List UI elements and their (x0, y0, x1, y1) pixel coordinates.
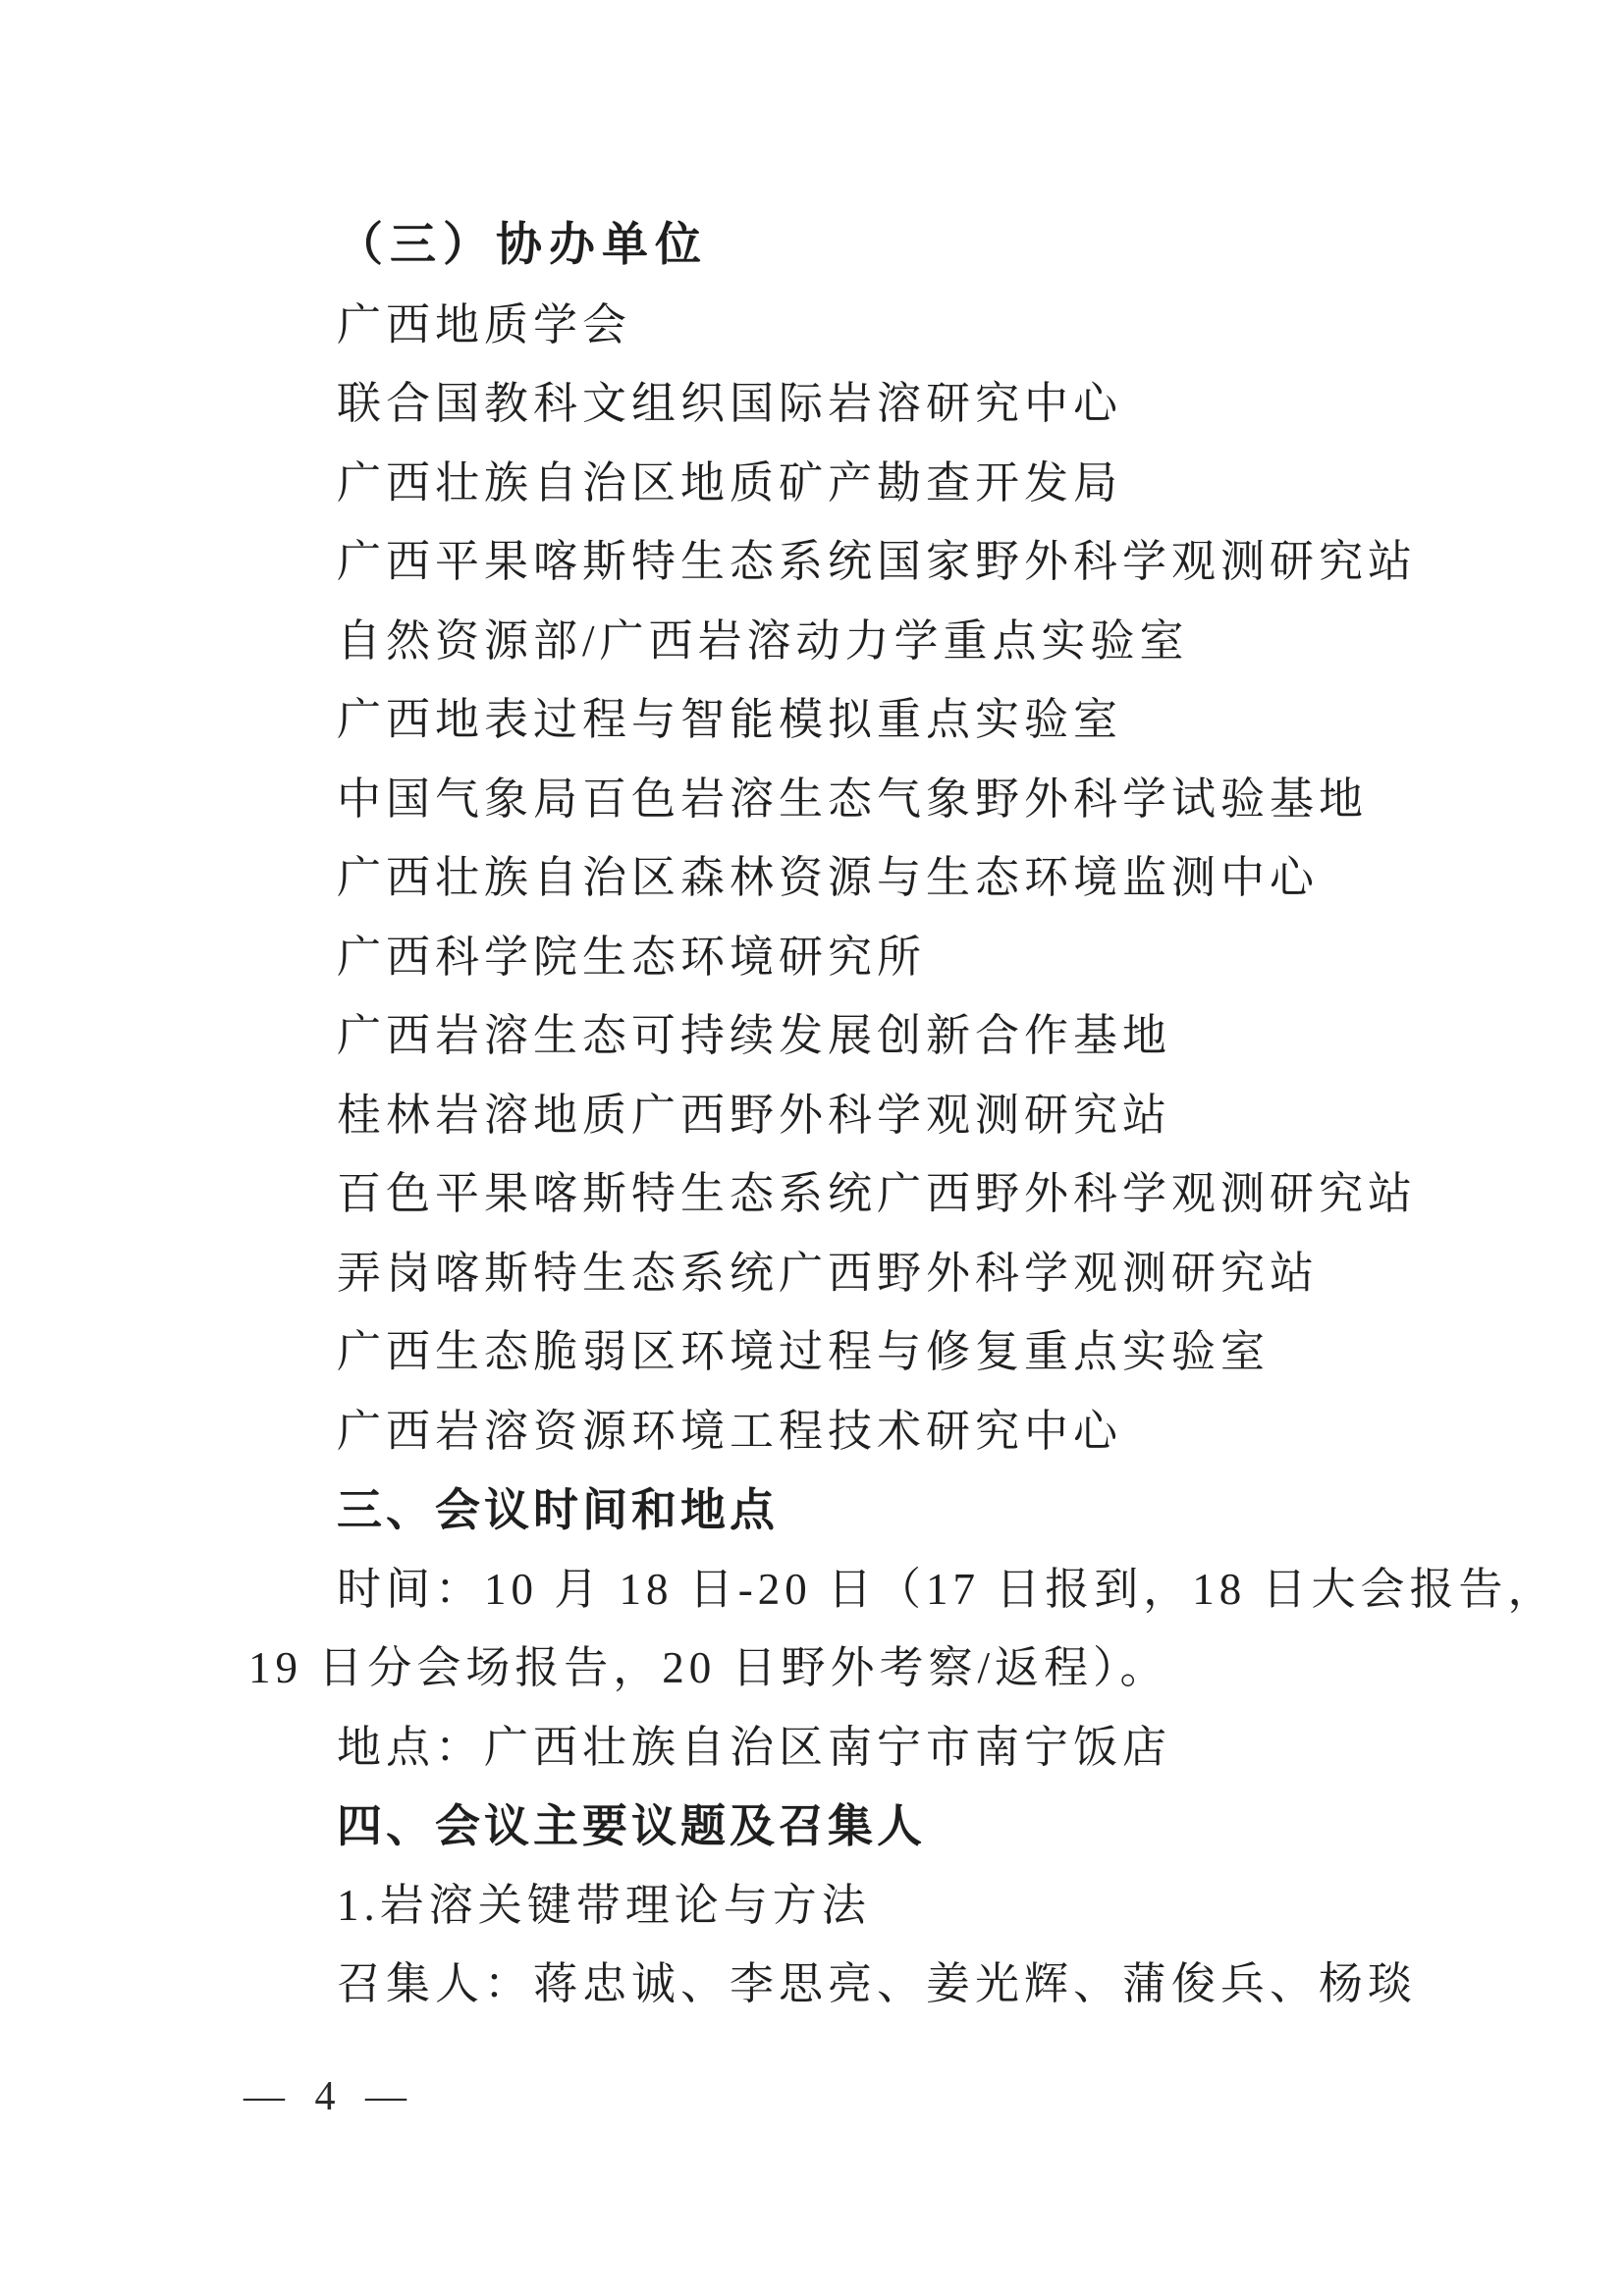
section-heading-topics: 四、会议主要议题及召集人 (248, 1787, 1471, 1866)
section-heading-coorganizers: （三）协办单位 (248, 206, 1471, 286)
meeting-time-line-2: 19 日分会场报告，20 日野外考察/返程）。 (248, 1629, 1471, 1708)
coorganizer-item: 广西壮族自治区地质矿产勘查开发局 (248, 444, 1471, 523)
topic-item-1: 1.岩溶关键带理论与方法 (248, 1866, 1471, 1946)
coorganizer-item: 广西科学院生态环境研究所 (248, 918, 1471, 997)
coorganizer-item: 广西地表过程与智能模拟重点实验室 (248, 680, 1471, 760)
coorganizer-item: 广西生态脆弱区环境过程与修复重点实验室 (248, 1312, 1471, 1392)
coorganizer-item: 广西岩溶生态可持续发展创新合作基地 (248, 996, 1471, 1076)
coorganizer-item: 联合国教科文组织国际岩溶研究中心 (248, 364, 1471, 444)
coorganizer-item: 桂林岩溶地质广西野外科学观测研究站 (248, 1076, 1471, 1155)
coorganizer-item: 广西岩溶资源环境工程技术研究中心 (248, 1392, 1471, 1471)
coorganizer-item: 弄岗喀斯特生态系统广西野外科学观测研究站 (248, 1234, 1471, 1313)
meeting-time-line-1: 时间：10 月 18 日-20 日（17 日报到，18 日大会报告， (248, 1550, 1471, 1629)
page-number: — 4 — (244, 2073, 416, 2120)
coorganizer-item: 中国气象局百色岩溶生态气象野外科学试验基地 (248, 760, 1471, 839)
meeting-place-line: 地点：广西壮族自治区南宁市南宁饭店 (248, 1708, 1471, 1788)
coorganizer-item: 广西壮族自治区森林资源与生态环境监测中心 (248, 838, 1471, 918)
coorganizer-item: 自然资源部/广西岩溶动力学重点实验室 (248, 602, 1471, 681)
topic-item-1-conveners: 召集人：蒋忠诚、李思亮、姜光辉、蒲俊兵、杨琰 (248, 1945, 1471, 2024)
document-page: （三）协办单位 广西地质学会 联合国教科文组织国际岩溶研究中心 广西壮族自治区地… (0, 0, 1624, 2296)
coorganizer-item: 百色平果喀斯特生态系统广西野外科学观测研究站 (248, 1154, 1471, 1234)
document-body: （三）协办单位 广西地质学会 联合国教科文组织国际岩溶研究中心 广西壮族自治区地… (248, 206, 1471, 2024)
coorganizer-item: 广西地质学会 (248, 286, 1471, 365)
section-heading-time-place: 三、会议时间和地点 (248, 1470, 1471, 1550)
coorganizer-item: 广西平果喀斯特生态系统国家野外科学观测研究站 (248, 522, 1471, 602)
